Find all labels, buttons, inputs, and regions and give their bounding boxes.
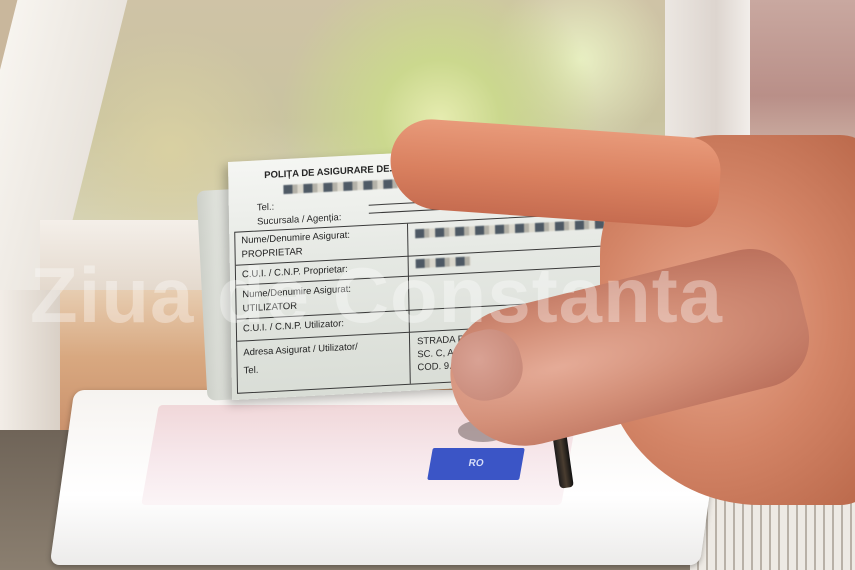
redacted-owner-name: [415, 219, 605, 238]
address-label: Adresa Asigurat / Utilizator/: [243, 340, 358, 360]
policy-title: POLIȚA DE ASIGURARE DE...: [264, 163, 397, 181]
watermark: Ziua de Constanta: [30, 250, 723, 341]
address-tel-label: Tel.: [244, 358, 359, 378]
tel-label: Tel.:: [257, 202, 275, 214]
branch-label: Sucursala / Agenția:: [257, 212, 342, 227]
table-row: Adresa Asigurat / Utilizator/ Tel.: [243, 340, 358, 378]
eu-flag-badge: RO: [427, 448, 525, 480]
photo-scene: RO POLIȚA DE ASIGURARE DE... - ASIROM Te…: [0, 0, 855, 570]
